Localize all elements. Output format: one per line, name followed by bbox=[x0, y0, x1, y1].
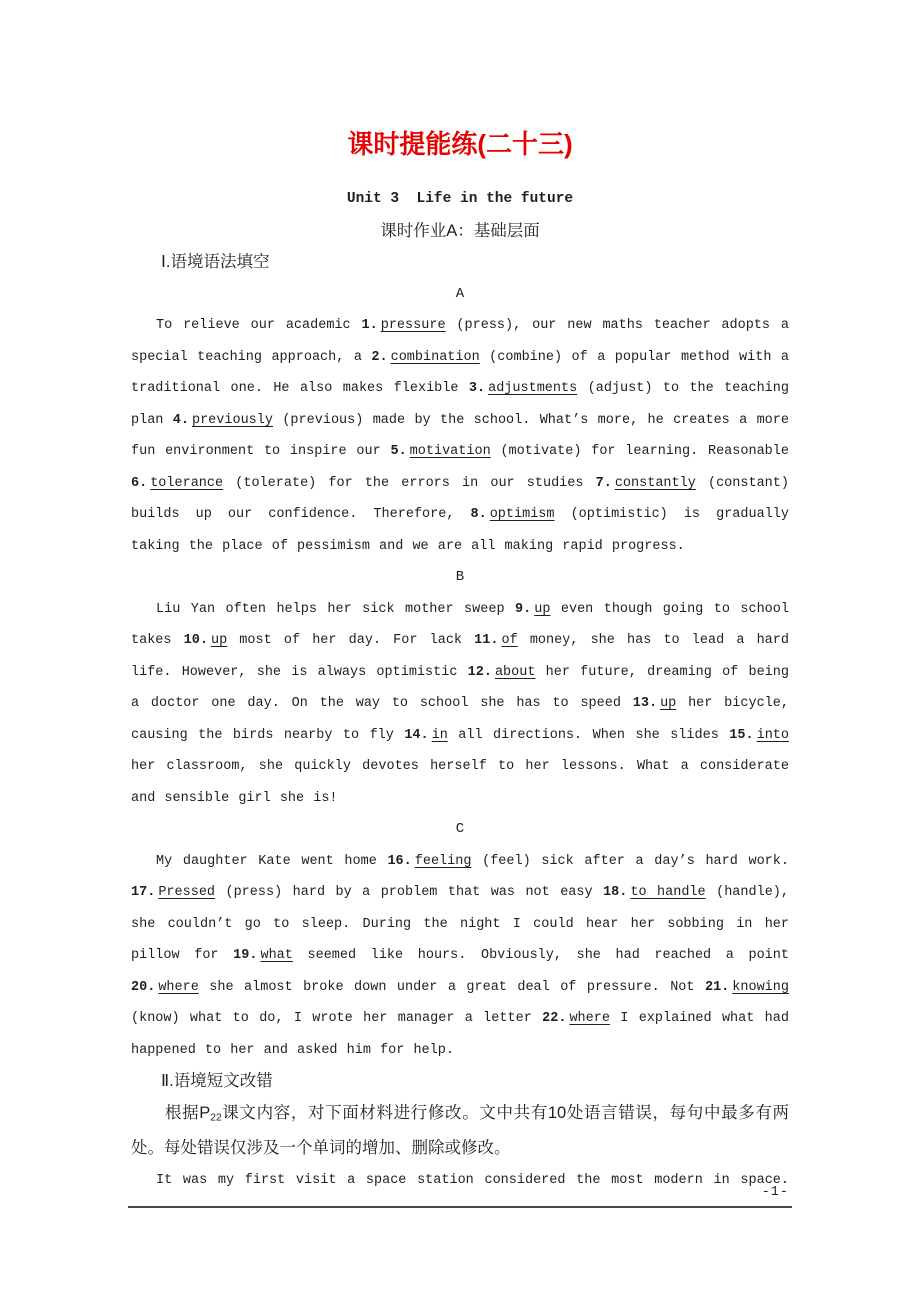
page-title: 课时提能练(二十三) bbox=[131, 120, 789, 168]
section1-heading: Ⅰ.语境语法填空 bbox=[131, 247, 789, 279]
passage-label-c: C bbox=[131, 814, 789, 846]
passage-a: To relieve our academic 1.pressure (pres… bbox=[131, 310, 789, 562]
footer-divider bbox=[128, 1206, 792, 1208]
section2-first-sentence: It was my first visit a space station co… bbox=[131, 1165, 789, 1197]
section2-instruction: 根据P22课文内容，对下面材料进行修改。文中共有10处语言错误，每句中最多有两处… bbox=[131, 1098, 789, 1165]
homework-heading: 课时作业A：基础层面 bbox=[131, 216, 789, 248]
unit-heading: Unit 3 Life in the future bbox=[131, 184, 789, 216]
section2-heading: Ⅱ.语境短文改错 bbox=[131, 1066, 789, 1098]
passage-label-a: A bbox=[131, 279, 789, 311]
document-page: 课时提能练(二十三) Unit 3 Life in the future 课时作… bbox=[0, 0, 920, 1302]
passage-label-b: B bbox=[131, 562, 789, 594]
document-content: 课时提能练(二十三) Unit 3 Life in the future 课时作… bbox=[131, 120, 789, 1196]
passage-b: Liu Yan often helps her sick mother swee… bbox=[131, 594, 789, 815]
passage-c: My daughter Kate went home 16.feeling (f… bbox=[131, 846, 789, 1067]
page-number: -1- bbox=[762, 1183, 789, 1203]
